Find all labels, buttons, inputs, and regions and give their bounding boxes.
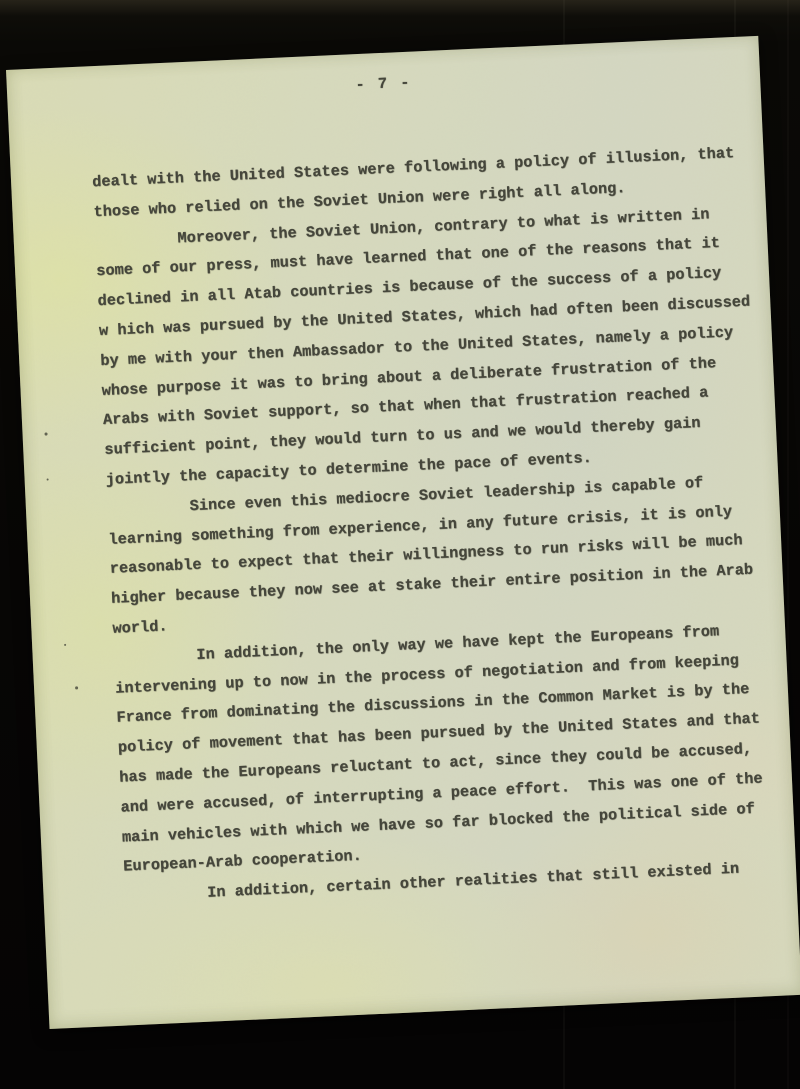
typed-text-block: dealt with the United States were follow… — [92, 138, 797, 913]
ink-speck — [44, 432, 47, 435]
photo-backdrop: - 7 - dealt with the United States were … — [0, 0, 800, 1089]
document-page: - 7 - dealt with the United States were … — [6, 36, 800, 1029]
ink-speck — [47, 478, 49, 480]
page-number: - 7 - — [7, 58, 760, 110]
ink-speck — [64, 644, 66, 646]
film-top-edge — [0, 0, 800, 16]
ink-speck — [75, 686, 78, 689]
